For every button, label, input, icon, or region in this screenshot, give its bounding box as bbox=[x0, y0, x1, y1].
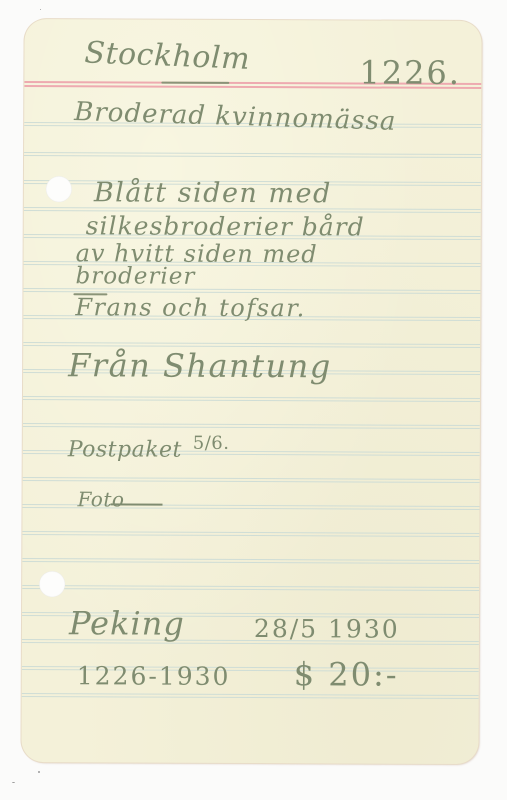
description-line: silkesbroderier bård bbox=[86, 213, 365, 239]
blue-rule bbox=[22, 561, 479, 564]
catalog-card: Stockholm 1226. Broderad kvinnomässa Blå… bbox=[21, 19, 481, 764]
background-speck bbox=[38, 771, 40, 773]
background-speck bbox=[12, 782, 15, 783]
footer-catalog-range: 1226-1930 bbox=[77, 663, 231, 689]
description-line: Blått siden med bbox=[94, 179, 332, 207]
blue-rule bbox=[23, 480, 480, 483]
header-catalog-number: 1226. bbox=[359, 56, 461, 88]
photo-note: Foto bbox=[77, 489, 124, 509]
footer-city: Peking bbox=[69, 607, 185, 640]
description-line: broderier bbox=[75, 265, 195, 289]
footer-date: 28/5 1930 bbox=[254, 616, 400, 642]
header-place: Stockholm bbox=[84, 38, 251, 74]
blue-rule bbox=[23, 399, 480, 402]
blue-rule bbox=[24, 155, 481, 158]
punch-hole-bottom bbox=[39, 571, 65, 597]
blue-rule bbox=[23, 426, 480, 429]
blue-rule bbox=[22, 534, 479, 537]
background-speck bbox=[40, 9, 41, 10]
object-title: Broderad kvinnomässa bbox=[74, 99, 397, 135]
place-underline bbox=[161, 82, 229, 84]
origin: Från Shantung bbox=[68, 349, 332, 382]
footer-price: $ 20:- bbox=[294, 658, 399, 690]
blue-rule bbox=[22, 642, 479, 645]
photo-strikethrough bbox=[111, 503, 163, 505]
blue-rule bbox=[22, 696, 479, 699]
shipping-label: Postpaket bbox=[68, 439, 182, 461]
shipping-date: 5/6. bbox=[193, 435, 230, 453]
punch-hole-top bbox=[46, 176, 72, 202]
description-line: Frans och tofsar. bbox=[75, 295, 305, 320]
blue-rule bbox=[22, 588, 479, 591]
